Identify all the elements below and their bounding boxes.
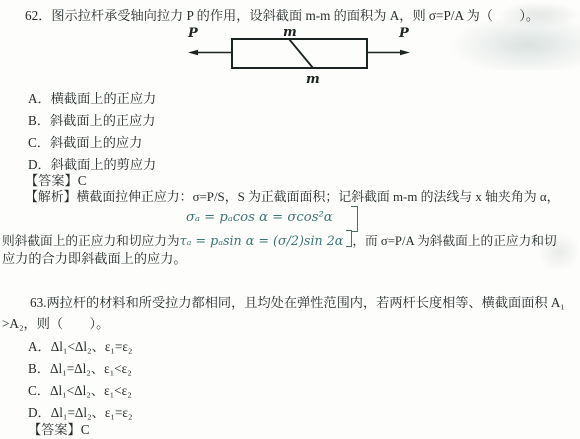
- q62-analysis-line1: 【解析】横截面拉伸正应力：σ=P/S，S 为正截面面积；记斜截面 m-m 的法线…: [25, 189, 559, 206]
- right-force-arrow: [367, 50, 410, 55]
- q63-option-d: D．Δl₁=Δl₂、ε₁=ε₂: [28, 404, 133, 421]
- inclined-section-line: [289, 39, 313, 68]
- normal-stress-formula: σₐ = pₐcos α = σcos²α: [186, 209, 333, 226]
- arrowhead-right-icon: [400, 50, 410, 55]
- q62-answer: 【答案】C: [25, 172, 87, 189]
- q62-analysis-line3: 应力的合力即斜截面上的应力。: [2, 250, 187, 267]
- question-63-stem-line1: 63.两拉杆的材料和所受拉力都相同，且均处在弹性范围内，若两杆长度相等、横截面面…: [30, 294, 565, 311]
- q62-option-c: C．斜截面上的应力: [28, 134, 142, 151]
- section-top-label: m: [283, 25, 297, 40]
- q63-option-a: A．Δl₁<Δl₂、ε₁=ε₂: [28, 338, 133, 355]
- force-left-label: P: [187, 26, 199, 41]
- bar-rect: [232, 39, 367, 68]
- force-right-label: P: [398, 26, 410, 41]
- question-63-stem-line2: >A₂，则（ ）。: [2, 315, 109, 332]
- q63-answer: 【答案】C: [28, 421, 90, 438]
- shear-stress-formula: τₐ = pₐsin α = (σ/2)sin 2α: [180, 233, 344, 248]
- exam-document-page: 62．图示拉杆承受轴向拉力 P 的作用，设斜截面 m-m 的面积为 A，则 σ=…: [0, 0, 580, 439]
- bar-tension-diagram: P P m m: [150, 24, 420, 88]
- analysis-line2-suffix: ，而 σ=P/A 为斜截面上的正应力和切: [352, 234, 556, 248]
- analysis-line2-prefix: 则斜截面上的正应力和切应力为: [2, 234, 180, 248]
- q63-option-c: C．Δl₁<Δl₂、ε₁<ε₂: [28, 382, 132, 399]
- q62-option-a: A．横截面上的正应力: [28, 90, 156, 107]
- left-force-arrow: [188, 50, 232, 55]
- q62-option-b: B．斜截面上的正应力: [28, 112, 155, 129]
- q62-analysis-line2: 则斜截面上的正应力和切应力为τₐ = pₐsin α = (σ/2)sin 2α…: [2, 230, 557, 250]
- q63-option-b: B．Δl₁=Δl₂、ε₁<ε₂: [28, 360, 132, 377]
- section-bottom-label: m: [306, 72, 320, 87]
- right-bracket-icon: [351, 206, 358, 232]
- arrowhead-left-icon: [188, 50, 198, 55]
- question-62-stem: 62．图示拉杆承受轴向拉力 P 的作用，设斜截面 m-m 的面积为 A，则 σ=…: [25, 7, 539, 24]
- q62-option-d: D．斜截面上的剪应力: [28, 156, 156, 173]
